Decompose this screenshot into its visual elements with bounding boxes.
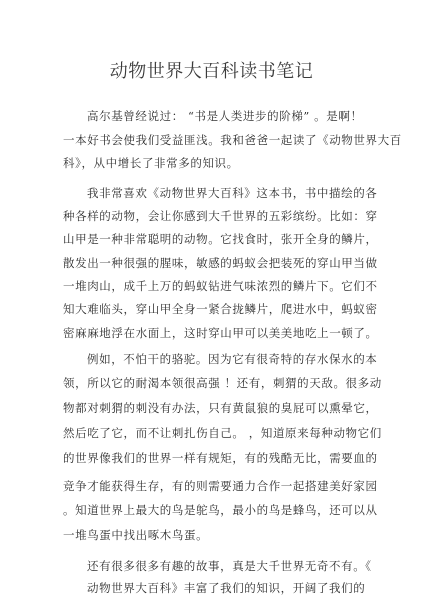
document-title: 动物世界大百科读书笔记 <box>0 57 423 83</box>
text-line: 。知道世界上最大的鸟是鸵鸟，最小的鸟是蜂鸟，还可以从 <box>63 502 378 518</box>
text-line: 知大难临头，穿山甲全身一紧合拢鳞片，爬进水中，蚂蚁密 <box>63 301 378 317</box>
text-line: 然后吃了它，而不让刺扎伤自己。 ，知道原来每种动物它们 <box>63 425 382 441</box>
text-line: 我非常喜欢《动物世界大百科》这本书，书中描绘的各 <box>87 185 377 201</box>
text-line: 例如，不怕干的骆驼。因为它有很奇特的存水保水的本 <box>87 351 377 367</box>
text-line: 种各样的动物，会让你感到大千世界的五彩缤纷。比如：穿 <box>63 208 378 224</box>
text-line: 动物世界大百科》丰富了我们的知识，开阔了我们的 <box>87 580 365 596</box>
text-line: 竞争才能获得生存，有的则需要通力合作一起搭建美好家园 <box>63 478 378 494</box>
text-line: 一堆肉山，成千上万的蚂蚁钻进气味浓烈的鳞片下。它们不 <box>63 278 378 294</box>
text-line: 的世界像我们的世界一样有规矩，有的残酷无比，需要血的 <box>63 450 378 466</box>
text-line: 密麻麻地浮在水面上，这时穿山甲可以美美地吃上一顿了。 <box>63 325 378 341</box>
text-line: 一堆鸟蛋中找出啄木鸟蛋。 <box>63 527 208 543</box>
text-line: 还有很多很多有趣的故事，真是大千世界无奇不有。《 <box>87 558 372 574</box>
text-line: 散发出一种很强的腥味，敏感的蚂蚁会把装死的穿山甲当做 <box>63 255 378 271</box>
text-line: 一本好书会使我们受益匪浅。我和爸爸一起读了《动物世界大百 <box>63 132 402 148</box>
text-line: 领，所以它的耐渴本领很高强 ！还有，刺猬的天敌。很多动 <box>63 375 382 391</box>
text-line: 物都对刺猬的刺没有办法，只有黄鼠狼的臭屁可以熏晕它， <box>63 400 378 416</box>
text-line: 高尔基曾经说过： “书是人类进步的阶梯” 。是啊！ <box>87 108 363 124</box>
text-line: 科》，从中增长了非常多的知识。 <box>63 155 239 171</box>
text-line: 山甲是一种非常聪明的动物。它找食时，张开全身的鳞片， <box>63 231 378 247</box>
